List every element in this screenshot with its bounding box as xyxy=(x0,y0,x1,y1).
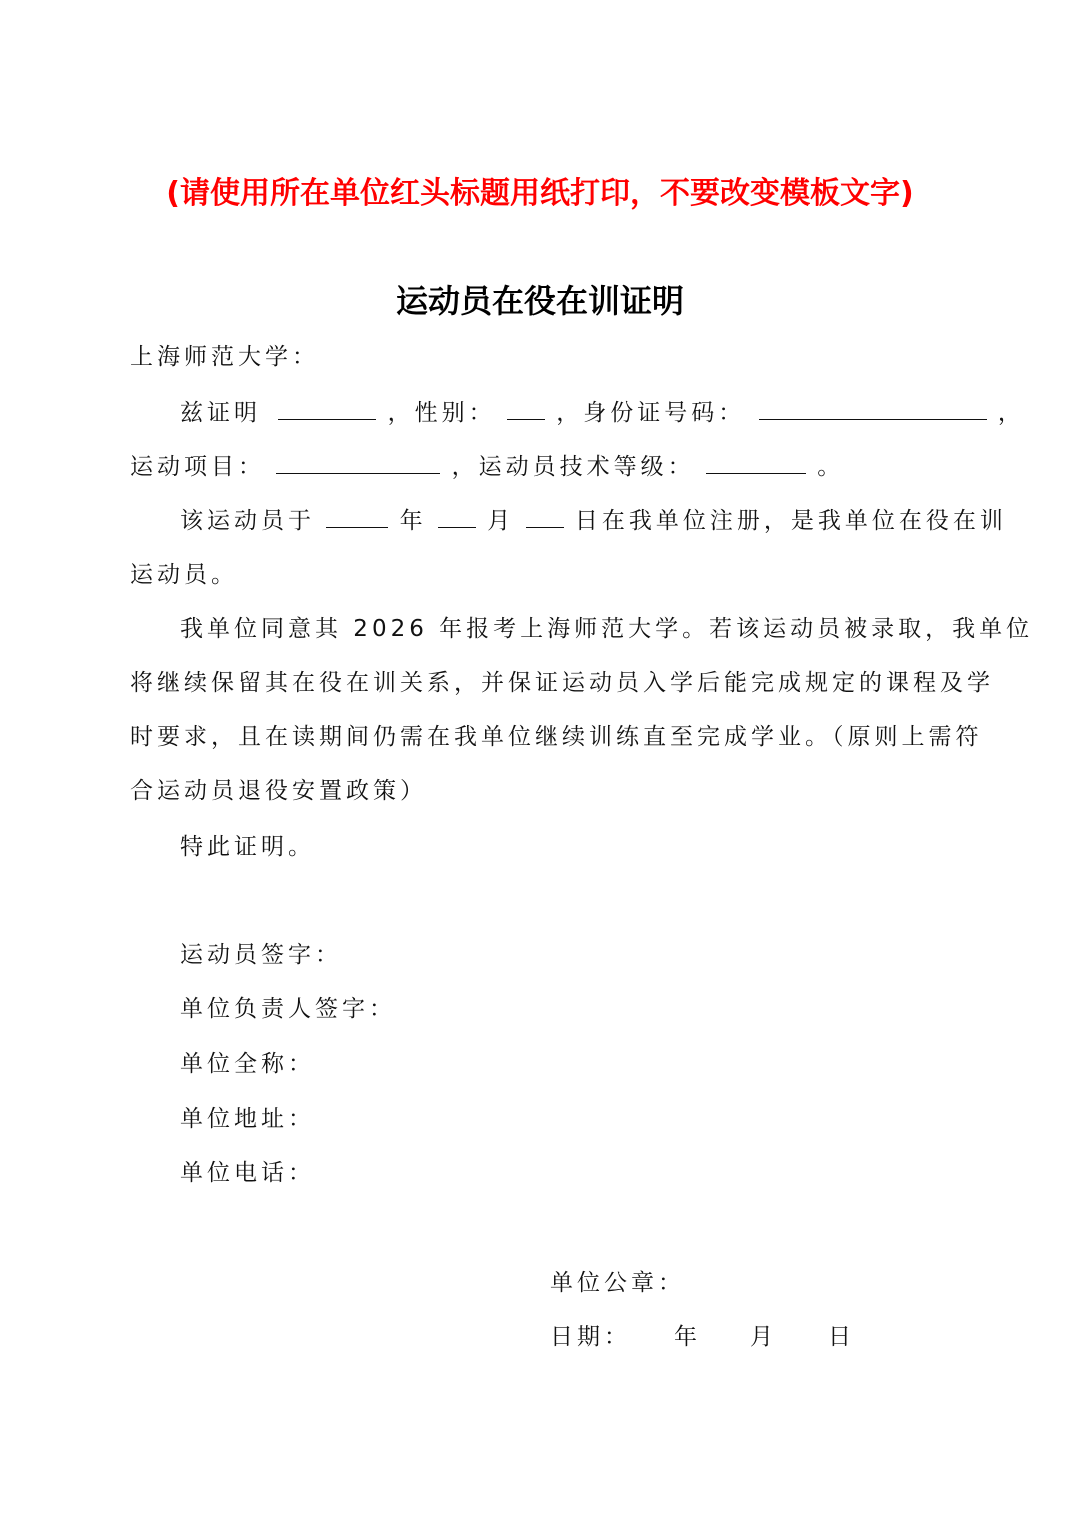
body-line-3: 该运动员于 年 月 日在我单位注册，是我单位在役在训 xyxy=(180,502,1007,535)
certify-label: 兹证明 xyxy=(180,400,261,426)
sport-event-blank[interactable] xyxy=(276,453,440,474)
unit-seal-label: 单位公章： xyxy=(550,1264,685,1297)
addressee: 上海师范大学： xyxy=(130,338,319,371)
consent-line-1: 我单位同意其 2026 年报考上海师范大学。若该运动员被录取，我单位 xyxy=(180,610,1033,643)
year-label: 年 xyxy=(400,508,427,534)
date-month-label: 月 xyxy=(750,1318,777,1351)
comma: ， xyxy=(998,400,1025,426)
month-blank[interactable] xyxy=(438,507,476,528)
body-line-4: 运动员。 xyxy=(130,556,238,589)
period: 。 xyxy=(817,454,844,480)
gender-blank[interactable] xyxy=(507,399,545,420)
consent-line-2: 将继续保留其在役在训关系，并保证运动员入学后能完成规定的课程及学 xyxy=(130,664,994,697)
document-title: 运动员在役在训证明 xyxy=(0,276,1080,322)
day-blank[interactable] xyxy=(526,507,564,528)
unit-name-label: 单位全称： xyxy=(180,1045,315,1078)
month-label: 月 xyxy=(487,508,514,534)
athlete-level-blank[interactable] xyxy=(706,453,806,474)
gender-label: ，性别： xyxy=(388,400,496,426)
sport-event-label: 运动项目： xyxy=(130,454,265,480)
consent-line-3: 时要求，且在读期间仍需在我单位继续训练直至完成学业。（原则上需符 xyxy=(130,718,983,751)
athlete-signature-label: 运动员签字： xyxy=(180,936,342,969)
unit-phone-label: 单位电话： xyxy=(180,1154,315,1187)
consent-line-4: 合运动员退役安置政策） xyxy=(130,772,427,805)
closing: 特此证明。 xyxy=(180,828,315,861)
date-year-label: 年 xyxy=(674,1318,701,1351)
registration-label: 该运动员于 xyxy=(180,508,315,534)
athlete-level-label: ，运动员技术等级： xyxy=(452,454,695,480)
date-label: 日期： xyxy=(550,1318,631,1351)
registration-text: 日在我单位注册，是我单位在役在训 xyxy=(575,508,1007,534)
id-number-label: ，身份证号码： xyxy=(556,400,745,426)
print-notice: (请使用所在单位红头标题用纸打印，不要改变模板文字) xyxy=(0,168,1080,212)
name-blank[interactable] xyxy=(278,399,376,420)
body-line-1: 兹证明 ，性别： ，身份证号码： ， xyxy=(180,394,1025,427)
year-blank[interactable] xyxy=(326,507,388,528)
body-line-2: 运动项目： ，运动员技术等级： 。 xyxy=(130,448,844,481)
unit-address-label: 单位地址： xyxy=(180,1100,315,1133)
id-number-blank[interactable] xyxy=(759,399,987,420)
leader-signature-label: 单位负责人签字： xyxy=(180,990,396,1023)
date-day-label: 日 xyxy=(828,1318,855,1351)
